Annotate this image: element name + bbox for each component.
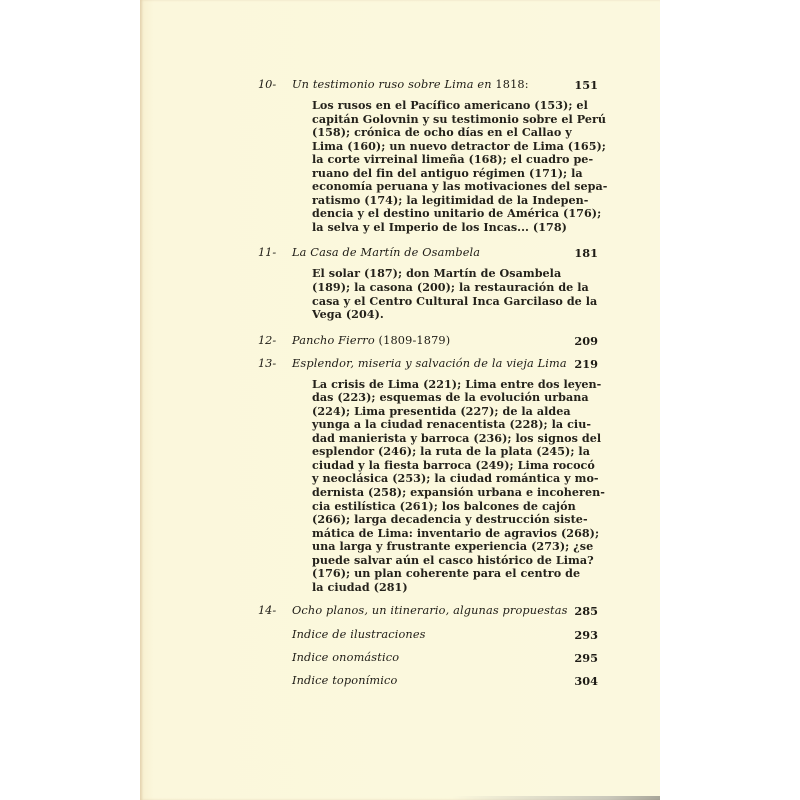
page-number: 304 [568,674,598,688]
toc-entry[interactable]: Indice onomástico295 [258,651,598,665]
chapter-title-text: Indice de ilustraciones [292,628,426,641]
chapter-title-text: La Casa de Martín de Osambela [292,246,480,259]
chapter-title-suffix: 1818: [495,78,528,91]
summary-line: (176); un plan coherente para el centro … [312,567,544,581]
chapter-title: Un testimonio ruso sobre Lima en 1818: [292,78,598,92]
summary-line: capitán Golovnin y su testimonio sobre e… [312,113,544,127]
summary-line: das (223); esquemas de la evolución urba… [312,391,544,405]
chapter-title: La Casa de Martín de Osambela [292,246,598,260]
page-number: 181 [568,246,598,260]
toc-entry-heading: 14-Ocho planos, un itinerario, algunas p… [258,604,598,618]
chapter-title-suffix: (1809-1879) [379,334,451,347]
chapter-title: Pancho Fierro (1809-1879) [292,334,598,348]
chapter-title: Indice de ilustraciones [292,628,598,642]
chapter-title-text: Pancho Fierro [292,334,375,347]
chapter-number: 14- [258,604,292,618]
page-number: 219 [568,357,598,371]
page-number: 285 [568,604,598,618]
toc-entry[interactable]: 12-Pancho Fierro (1809-1879)209 [258,334,598,348]
summary-line: (189); la casona (200); la restauración … [312,281,544,295]
summary-line: la selva y el Imperio de los Incas... (1… [312,221,544,235]
summary-line: El solar (187); don Martín de Osambela [312,267,544,281]
toc-entry-heading: Indice de ilustraciones293 [258,628,598,642]
summary-line: la ciudad (281) [312,581,544,595]
summary-line: (266); larga decadencia y destrucción si… [312,513,544,527]
toc-entry[interactable]: Indice de ilustraciones293 [258,628,598,642]
summary-line: economía peruana y las motivaciones del … [312,180,544,194]
summary-line: una larga y frustrante experiencia (273)… [312,540,544,554]
toc-entry[interactable]: 11-La Casa de Martín de Osambela181El so… [258,246,598,321]
toc-entry[interactable]: 13-Esplendor, miseria y salvación de la … [258,357,598,595]
chapter-summary: El solar (187); don Martín de Osambela(1… [312,267,544,321]
summary-line: (158); crónica de ocho días en el Callao… [312,126,544,140]
table-of-contents: 10-Un testimonio ruso sobre Lima en 1818… [258,78,598,688]
chapter-title-text: Un testimonio ruso sobre Lima en [292,78,492,91]
chapter-summary: La crisis de Lima (221); Lima entre dos … [312,378,544,595]
chapter-title-text: Indice toponímico [292,674,397,687]
toc-entry-heading: 10-Un testimonio ruso sobre Lima en 1818… [258,78,598,92]
summary-line: Vega (204). [312,308,544,322]
book-page: 10-Un testimonio ruso sobre Lima en 1818… [140,0,660,800]
summary-line: La crisis de Lima (221); Lima entre dos … [312,378,544,392]
summary-line: dad manierista y barroca (236); los sign… [312,432,544,446]
page-number: 293 [568,628,598,642]
chapter-title: Indice onomástico [292,651,598,665]
page-number: 151 [568,78,598,92]
page-number: 209 [568,334,598,348]
chapter-title-text: Esplendor, miseria y salvación de la vie… [292,357,567,370]
chapter-title-text: Indice onomástico [292,651,399,664]
summary-line: y neoclásica (253); la ciudad romántica … [312,472,544,486]
summary-line: dernista (258); expansión urbana e incoh… [312,486,544,500]
toc-entry[interactable]: Indice toponímico304 [258,674,598,688]
chapter-title: Ocho planos, un itinerario, algunas prop… [292,604,598,618]
summary-line: dencia y el destino unitario de América … [312,207,544,221]
summary-line: Lima (160); un nuevo detractor de Lima (… [312,140,544,154]
summary-line: ratismo (174); la legitimidad de la Inde… [312,194,544,208]
summary-line: la corte virreinal limeña (168); el cuad… [312,153,544,167]
chapter-number: 11- [258,246,292,260]
page-number: 295 [568,651,598,665]
summary-line: ruano del fin del antiguo régimen (171);… [312,167,544,181]
summary-line: (224); Lima presentida (227); de la alde… [312,405,544,419]
chapter-number: 10- [258,78,292,92]
chapter-summary: Los rusos en el Pacífico americano (153)… [312,99,544,234]
summary-line: yunga a la ciudad renacentista (228); la… [312,418,544,432]
summary-line: puede salvar aún el casco histórico de L… [312,554,544,568]
chapter-title-text: Ocho planos, un itinerario, algunas prop… [292,604,568,617]
toc-entry-heading: 13-Esplendor, miseria y salvación de la … [258,357,598,371]
chapter-title: Esplendor, miseria y salvación de la vie… [292,357,598,371]
summary-line: cia estilística (261); los balcones de c… [312,500,544,514]
toc-entry-heading: 12-Pancho Fierro (1809-1879)209 [258,334,598,348]
summary-line: mática de Lima: inventario de agravios (… [312,527,544,541]
chapter-number: 12- [258,334,292,348]
toc-entry[interactable]: 10-Un testimonio ruso sobre Lima en 1818… [258,78,598,234]
chapter-title: Indice toponímico [292,674,598,688]
summary-line: ciudad y la fiesta barroca (249); Lima r… [312,459,544,473]
toc-entry[interactable]: 14-Ocho planos, un itinerario, algunas p… [258,604,598,618]
toc-entry-heading: 11-La Casa de Martín de Osambela181 [258,246,598,260]
summary-line: esplendor (246); la ruta de la plata (24… [312,445,544,459]
toc-entry-heading: Indice toponímico304 [258,674,598,688]
summary-line: casa y el Centro Cultural Inca Garcilaso… [312,295,544,309]
toc-entry-heading: Indice onomástico295 [258,651,598,665]
chapter-number: 13- [258,357,292,371]
summary-line: Los rusos en el Pacífico americano (153)… [312,99,544,113]
